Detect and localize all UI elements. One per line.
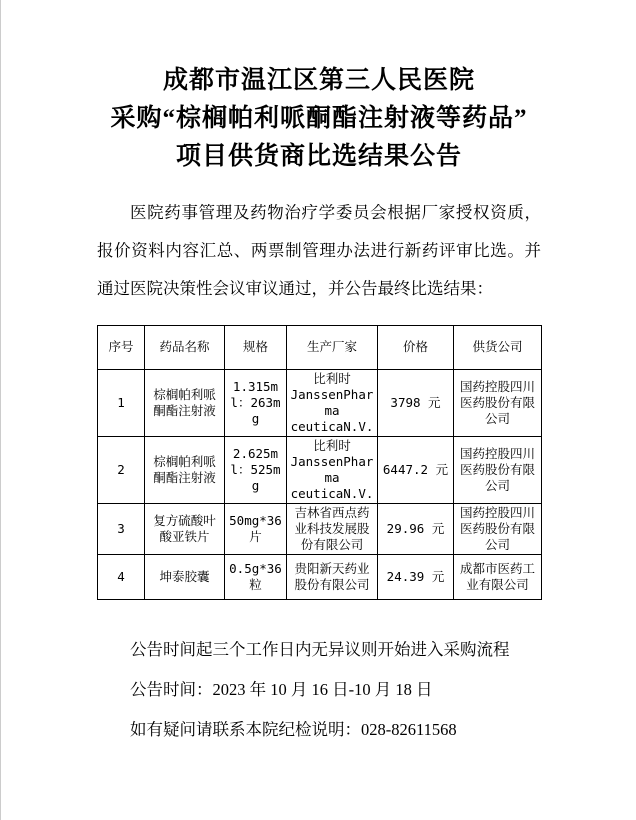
intro-paragraph: 医院药事管理及药物治疗学委员会根据厂家授权资质，报价资料内容汇总、两票制管理办法… xyxy=(97,194,541,308)
cell-drug-name: 棕榈帕利哌酮酯注射液 xyxy=(145,369,225,436)
table-row: 4 坤泰胶囊 0.5g*36粒 贵阳新天药业股份有限公司 24.39 元 成都市… xyxy=(98,554,542,599)
doc-title-line-1: 成都市温江区第三人民医院 xyxy=(97,62,541,100)
table-row: 2 棕榈帕利哌酮酯注射液 2.625ml：525mg 比利时 JanssenPh… xyxy=(98,436,542,503)
cell-spec: 1.315ml：263mg xyxy=(225,369,287,436)
result-table: 序号 药品名称 规格 生产厂家 价格 供货公司 1 棕榈帕利哌酮酯注射液 1.3… xyxy=(97,325,542,600)
cell-manufacturer: 比利时 JanssenPharma ceuticaN.V. xyxy=(287,436,378,503)
cell-price: 3798 元 xyxy=(378,369,454,436)
cell-seq: 3 xyxy=(98,503,145,554)
cell-seq: 1 xyxy=(98,369,145,436)
header-supplier: 供货公司 xyxy=(454,325,542,369)
table-header-row: 序号 药品名称 规格 生产厂家 价格 供货公司 xyxy=(98,325,542,369)
cell-drug-name: 坤泰胶囊 xyxy=(145,554,225,599)
header-manufacturer: 生产厂家 xyxy=(287,325,378,369)
cell-spec: 2.625ml：525mg xyxy=(225,436,287,503)
footer-contact-phone: 如有疑问请联系本院纪检说明：028-82611568 xyxy=(97,710,541,750)
header-drug-name: 药品名称 xyxy=(145,325,225,369)
cell-drug-name: 棕榈帕利哌酮酯注射液 xyxy=(145,436,225,503)
footer-objection-notice: 公告时间起三个工作日内无异议则开始进入采购流程 xyxy=(97,630,541,670)
doc-title-line-2: 采购“棕榈帕利哌酮酯注射液等药品” xyxy=(97,100,541,138)
cell-supplier: 国药控股四川医药股份有限公司 xyxy=(454,503,542,554)
cell-supplier: 国药控股四川医药股份有限公司 xyxy=(454,436,542,503)
document-page: 成都市温江区第三人民医院 采购“棕榈帕利哌酮酯注射液等药品” 项目供货商比选结果… xyxy=(0,0,636,820)
cell-manufacturer: 吉林省西点药业科技发展股份有限公司 xyxy=(287,503,378,554)
cell-manufacturer: 贵阳新天药业股份有限公司 xyxy=(287,554,378,599)
cell-supplier: 国药控股四川医药股份有限公司 xyxy=(454,369,542,436)
table-row: 3 复方硫酸叶酸亚铁片 50mg*36片 吉林省西点药业科技发展股份有限公司 2… xyxy=(98,503,542,554)
cell-manufacturer: 比利时 JanssenPharma ceuticaN.V. xyxy=(287,369,378,436)
cell-spec: 0.5g*36粒 xyxy=(225,554,287,599)
table-row: 1 棕榈帕利哌酮酯注射液 1.315ml：263mg 比利时 JanssenPh… xyxy=(98,369,542,436)
cell-price: 24.39 元 xyxy=(378,554,454,599)
cell-seq: 4 xyxy=(98,554,145,599)
footer-announcement-dates: 公告时间：2023 年 10 月 16 日-10 月 18 日 xyxy=(97,670,541,710)
footer-block: 公告时间起三个工作日内无异议则开始进入采购流程 公告时间：2023 年 10 月… xyxy=(97,630,541,750)
cell-seq: 2 xyxy=(98,436,145,503)
cell-price: 29.96 元 xyxy=(378,503,454,554)
doc-title-line-3: 项目供货商比选结果公告 xyxy=(97,138,541,176)
cell-supplier: 成都市医药工业有限公司 xyxy=(454,554,542,599)
doc-title: 成都市温江区第三人民医院 采购“棕榈帕利哌酮酯注射液等药品” 项目供货商比选结果… xyxy=(97,0,541,176)
cell-spec: 50mg*36片 xyxy=(225,503,287,554)
cell-price: 6447.2 元 xyxy=(378,436,454,503)
header-price: 价格 xyxy=(378,325,454,369)
document-body: 成都市温江区第三人民医院 采购“棕榈帕利哌酮酯注射液等药品” 项目供货商比选结果… xyxy=(97,0,541,750)
header-spec: 规格 xyxy=(225,325,287,369)
cell-drug-name: 复方硫酸叶酸亚铁片 xyxy=(145,503,225,554)
header-seq: 序号 xyxy=(98,325,145,369)
